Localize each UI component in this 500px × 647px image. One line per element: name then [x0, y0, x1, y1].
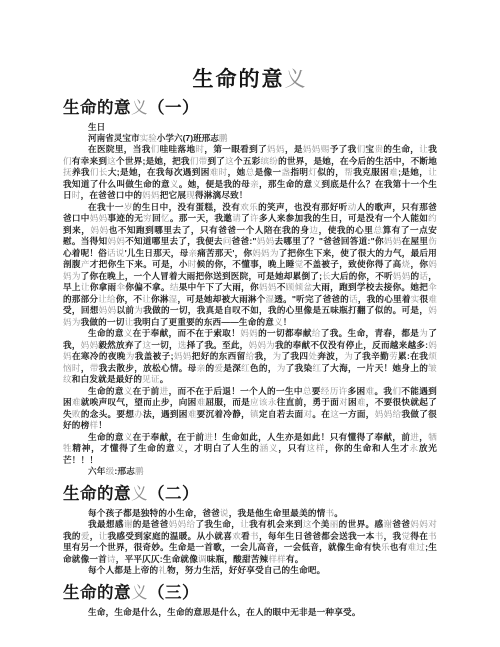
section-1-heading: 生命的意义（一）	[63, 98, 437, 118]
signature-line: 六年级:邢志鹏	[63, 466, 437, 478]
essay-section-2: 生命的意义（二） 每个孩子都是独特的小生命，爸爸说，我是他生命里最美的情书。 我…	[63, 484, 437, 577]
paragraph: 在我十一岁的生日中，没有蛋糕，没有欢乐的笑声，也没有那好听动人的歌声，只有那爸爸…	[63, 202, 437, 329]
paragraph: 在医院里，当我们哇哇落地时，第一眼看到了妈妈，是妈妈赐予了我们宝贵的生命，让我们…	[63, 144, 437, 202]
document-title: 生命的意义	[63, 68, 437, 92]
paragraph: 生命的意义在于奉献，而不在于索取！妈妈的一切都奉献给了我。生命，青春，都是为了我…	[63, 328, 437, 386]
paragraph: 生命的意义在于奉献，在于前进！生命如此，人生亦是如此！只有懂得了奉献，前进，牺牲…	[63, 432, 437, 467]
essay-section-1: 生命的意义（一） 生日 河南省灵宝市实验小学六(7)班邢志鹏 在医院里，当我们哇…	[63, 98, 437, 478]
paragraph: 每个人都是上帝的礼物，努力生活，好好享受自己的生命吧。	[63, 565, 437, 577]
essay-section-3: 生命的意义（三） 生命，生命是什么，生命的意思是什么，在人的眼中无非是一种享受。	[63, 583, 437, 619]
section-2-heading: 生命的意义（二）	[63, 484, 437, 504]
document-page: 生命的意义 生命的意义（一） 生日 河南省灵宝市实验小学六(7)班邢志鹏 在医院…	[0, 0, 500, 647]
paragraph: 生命，生命是什么，生命的意思是什么，在人的眼中无非是一种享受。	[63, 607, 437, 619]
paragraph: 每个孩子都是独特的小生命，爸爸说，我是他生命里最美的情书。	[63, 508, 437, 520]
section-3-heading: 生命的意义（三）	[63, 583, 437, 603]
author-school-line: 河南省灵宝市实验小学六(7)班邢志鹏	[63, 133, 437, 144]
paragraph: 生命的意义在于前进，而不在于后退！一个人的一生中总要经历许多困难。我们不能遇到困…	[63, 386, 437, 432]
essay-subtitle: 生日	[63, 122, 437, 133]
paragraph: 我最想感谢的是爸爸妈妈给了我生命，让我有机会来到这个美丽的世界。感谢爸爸妈妈对我…	[63, 519, 437, 565]
